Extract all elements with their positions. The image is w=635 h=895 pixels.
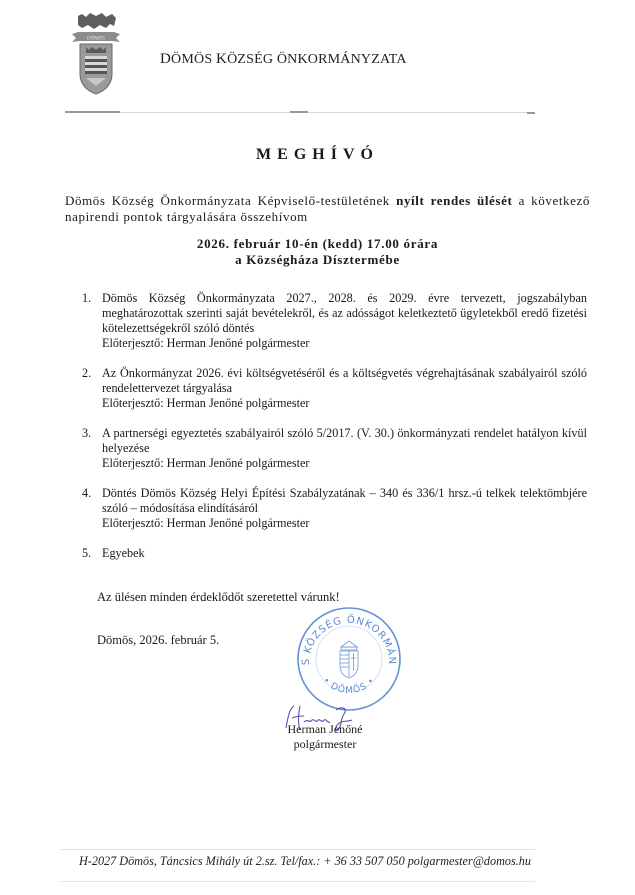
coat-of-arms-logo: DÖMÖS — [72, 12, 120, 96]
agenda-item-text: A partnerségi egyeztetés szabályairól sz… — [102, 426, 587, 456]
invitation-closing: Az ülésen minden érdeklődőt szeretettel … — [97, 590, 340, 605]
signatory-name: Herman Jenőné — [270, 722, 380, 737]
agenda-item-presenter: Előterjesztő: Herman Jenőné polgármester — [102, 396, 587, 411]
agenda-item-text: Döntés Dömös Község Helyi Építési Szabál… — [102, 486, 587, 516]
meeting-time-place: 2026. február 10-én (kedd) 17.00 órára a… — [0, 236, 635, 268]
agenda-item-text: Az Önkormányzat 2026. évi költségvetésér… — [102, 366, 587, 396]
svg-text:• DÖMÖS •: • DÖMÖS • — [320, 676, 377, 696]
official-stamp: DÖMÖS KÖZSÉG ÖNKORMÁNYZATA • DÖMÖS • — [295, 605, 403, 713]
agenda-item: 4. Döntés Dömös Község Helyi Építési Sza… — [82, 486, 587, 531]
letterhead-divider — [65, 112, 535, 113]
agenda-item: 3. A partnerségi egyeztetés szabályairól… — [82, 426, 587, 471]
agenda-item-presenter: Előterjesztő: Herman Jenőné polgármester — [102, 456, 587, 471]
svg-text:DÖMÖS: DÖMÖS — [87, 36, 105, 42]
agenda-item-text: Egyebek — [102, 546, 587, 561]
footer-contact: H-2027 Dömös, Táncsics Mihály út 2.sz. T… — [79, 854, 531, 869]
place-and-date: Dömös, 2026. február 5. — [97, 633, 219, 648]
organization-name: DÖMÖS KÖZSÉG ÖNKORMÁNYZATA — [160, 51, 407, 68]
svg-text:DÖMÖS KÖZSÉG ÖNKORMÁNYZATA: DÖMÖS KÖZSÉG ÖNKORMÁNYZATA — [295, 605, 398, 666]
agenda-item-presenter: Előterjesztő: Herman Jenőné polgármester — [102, 516, 587, 531]
agenda-item-presenter: Előterjesztő: Herman Jenőné polgármester — [102, 336, 587, 351]
session-type: nyílt rendes ülését — [396, 193, 512, 208]
meeting-datetime: 2026. február 10-én (kedd) 17.00 órára — [0, 236, 635, 252]
agenda-item: 1. Dömös Község Önkormányzata 2027., 202… — [82, 291, 587, 351]
agenda-item: 2. Az Önkormányzat 2026. évi költségveté… — [82, 366, 587, 411]
national-coat-of-arms-icon — [340, 641, 358, 678]
agenda-item: 5. Egyebek — [82, 546, 587, 561]
intro-paragraph: Dömös Község Önkormányzata Képviselő-tes… — [65, 193, 590, 225]
document-title: MEGHÍVÓ — [0, 146, 635, 164]
meeting-location: a Községháza Dísztermébe — [0, 252, 635, 268]
agenda-item-text: Dömös Község Önkormányzata 2027., 2028. … — [102, 291, 587, 336]
signatory: Herman Jenőné polgármester — [270, 722, 380, 752]
footer-divider-top — [60, 849, 535, 850]
footer-divider-bottom — [60, 881, 535, 882]
agenda-list: 1. Dömös Község Önkormányzata 2027., 202… — [82, 291, 587, 576]
signatory-role: polgármester — [270, 737, 380, 752]
